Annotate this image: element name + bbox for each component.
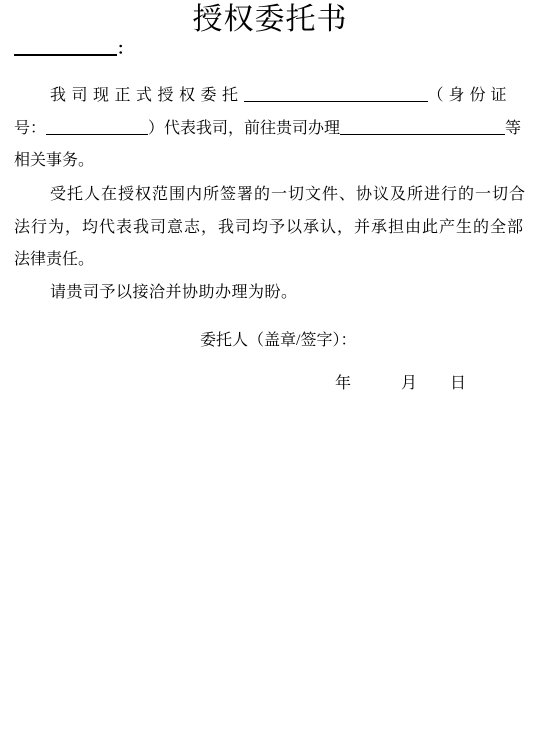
- text-segment: ）代表我司，前往贵司办理: [148, 119, 340, 139]
- fill-in-blank[interactable]: [46, 121, 148, 135]
- document-page[interactable]: 授权委托书 ：我司现正式授权委托（身份证号：）代表我司，前往贵司办理等相关事务。…: [0, 0, 540, 753]
- para2-line1: 受托人在授权范围内所签署的一切文件、协议及所进行的一切合: [14, 185, 526, 205]
- text-segment: 号：: [14, 119, 46, 139]
- document-title: 授权委托书: [14, 0, 526, 40]
- text-segment: 等: [505, 119, 521, 139]
- signer-line: 委托人（盖章/签字）：: [14, 331, 526, 351]
- text-segment: 日: [450, 374, 466, 394]
- para1-line3: 相关事务。: [14, 151, 526, 171]
- para2-line2: 法行为，均代表我司意志，我司均予以承认，并承担由此产生的全部: [14, 218, 526, 238]
- text-segment: 受托人在授权范围内所签署的一切文件、协议及所进行的一切合: [50, 185, 526, 205]
- text-segment: 我司现正式授权委托: [50, 86, 244, 106]
- text-segment: 委托人（盖章/签字）：: [200, 331, 356, 351]
- date-line: 年月日: [14, 374, 526, 394]
- fill-in-blank[interactable]: [14, 41, 117, 56]
- para2-line3: 法律责任。: [14, 250, 526, 270]
- text-segment: 年: [335, 374, 351, 394]
- para1-line1: 我司现正式授权委托（身份证: [14, 86, 526, 106]
- text-segment: 法律责任。: [14, 250, 94, 270]
- fill-in-blank[interactable]: [244, 88, 428, 102]
- text-segment: 请贵司予以接洽并协助办理为盼。: [50, 283, 298, 303]
- text-segment: 月: [401, 374, 417, 394]
- text-segment: ：: [117, 40, 133, 60]
- text-segment: （身份证: [428, 86, 512, 106]
- text-segment: 相关事务。: [14, 151, 94, 171]
- document-body: ：我司现正式授权委托（身份证号：）代表我司，前往贵司办理等相关事务。受托人在授权…: [14, 40, 526, 394]
- para3-line1: 请贵司予以接洽并协助办理为盼。: [14, 283, 526, 303]
- fill-in-blank[interactable]: [340, 121, 505, 135]
- text-segment: 法行为，均代表我司意志，我司均予以承认，并承担由此产生的全部: [14, 218, 524, 238]
- para1-line2: 号：）代表我司，前往贵司办理等: [14, 119, 526, 139]
- addressee-line: ：: [14, 40, 526, 60]
